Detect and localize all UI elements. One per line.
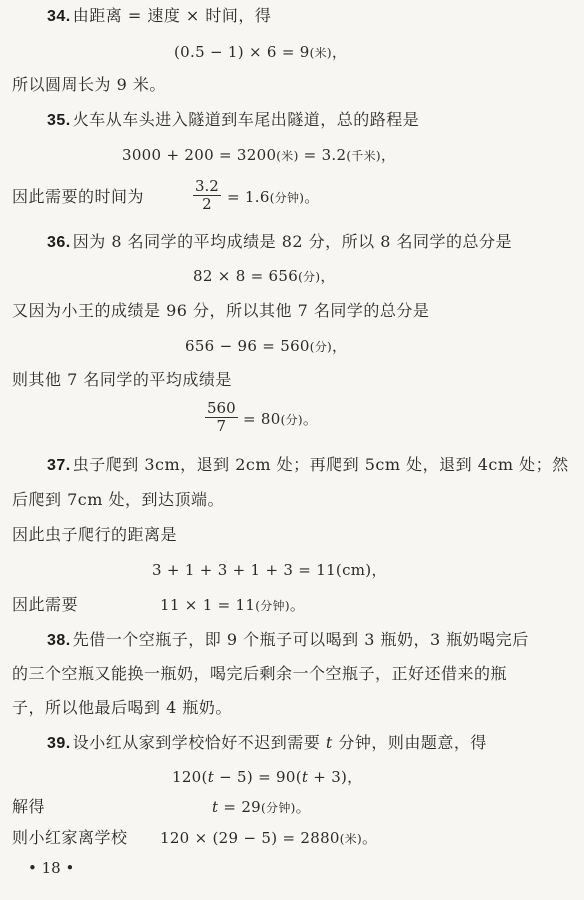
- page-number-value: 18: [42, 859, 61, 877]
- problem-35-time-label: 因此需要的时间为: [12, 187, 144, 207]
- denominator: 7: [215, 418, 229, 435]
- problem-37-line-2: 因此虫子爬行的距离是: [12, 525, 177, 545]
- equation: = 3.2: [299, 146, 347, 164]
- problem-text: 先借一个空瓶子，即 9 个瓶子可以喝到 3 瓶奶，3 瓶奶喝完后: [73, 630, 529, 649]
- problem-39-equation-3: 120 × (29 − 5) = 2880(米)。: [160, 828, 377, 849]
- problem-36-result: = 80(分)。: [243, 409, 318, 430]
- equation: + 3)，: [308, 768, 362, 786]
- page-number: • 18 •: [28, 859, 74, 877]
- problem-35-equation: 3000 + 200 = 3200(米) = 3.2(千米)，: [122, 145, 396, 166]
- problem-36-equation-1: 82 × 8 = 656(分)，: [193, 266, 336, 287]
- equation: = 80: [243, 410, 281, 428]
- fraction: 3.2 2: [193, 178, 221, 213]
- equation: 120(: [172, 768, 208, 786]
- equation: 11 × 1 = 11: [160, 596, 255, 614]
- problem-37-equation-2: 11 × 1 = 11(分钟)。: [160, 595, 305, 616]
- problem-34-equation: (0.5 − 1) × 6 = 9(米)，: [174, 42, 347, 63]
- equation: = 1.6: [227, 188, 270, 206]
- problem-35-result: = 1.6(分钟)。: [227, 187, 320, 208]
- problem-37-need-label: 因此需要: [12, 595, 78, 615]
- problem-34-conclusion: 所以圆周长为 9 米。: [12, 75, 166, 95]
- unit: (分钟): [270, 191, 305, 205]
- equation: 120 × (29 − 5) = 2880: [160, 829, 340, 847]
- problem-number: 39.: [47, 735, 71, 752]
- denominator: 2: [200, 196, 214, 213]
- punct: ，: [381, 146, 396, 164]
- problem-39-dist-label: 则小红家离学校: [12, 828, 128, 848]
- unit: (分): [281, 413, 303, 427]
- variable: t: [326, 733, 333, 752]
- problem-text: 设小红从家到学校恰好不迟到需要: [73, 733, 326, 752]
- unit: (分): [298, 270, 320, 284]
- punct: 。: [362, 829, 377, 847]
- unit: (分钟): [261, 801, 296, 815]
- unit: (千米): [346, 149, 381, 163]
- problem-36-line-2: 又因为小王的成绩是 96 分，所以其他 7 名同学的总分是: [12, 301, 429, 321]
- problem-37-equation-1: 3 + 1 + 3 + 1 + 3 = 11(cm)，: [152, 560, 387, 580]
- unit: (分): [310, 340, 332, 354]
- problem-39-intro: 39.设小红从家到学校恰好不迟到需要 t 分钟，则由题意，得: [47, 733, 487, 754]
- problem-34-intro: 34.由距离 = 速度 × 时间，得: [47, 6, 271, 27]
- equation: 82 × 8 = 656: [193, 267, 298, 285]
- problem-number: 37.: [47, 457, 71, 474]
- problem-number: 34.: [47, 8, 71, 25]
- problem-number: 35.: [47, 112, 71, 129]
- problem-text: 由距离 = 速度 × 时间，得: [73, 6, 272, 25]
- problem-text: 火车从车头进入隧道到车尾出隧道，总的路程是: [73, 110, 420, 129]
- problem-37-intro: 37.虫子爬到 3cm，退到 2cm 处；再爬到 5cm 处，退到 4cm 处；…: [47, 455, 569, 476]
- numerator: 560: [205, 400, 238, 418]
- problem-36-intro: 36.因为 8 名同学的平均成绩是 82 分，所以 8 名同学的总分是: [47, 232, 512, 253]
- unit: (米): [276, 149, 298, 163]
- fraction: 560 7: [205, 400, 238, 435]
- equation: 3000 + 200 = 3200: [122, 146, 276, 164]
- punct: ，: [320, 267, 335, 285]
- equation: 656 − 96 = 560: [185, 337, 310, 355]
- punct: ，: [332, 43, 347, 61]
- problem-text: 因为 8 名同学的平均成绩是 82 分，所以 8 名同学的总分是: [73, 232, 512, 251]
- unit: (分钟): [255, 599, 290, 613]
- punct: 。: [296, 798, 311, 816]
- problem-35-intro: 35.火车从车头进入隧道到车尾出隧道，总的路程是: [47, 110, 419, 131]
- problem-37-intro-2: 后爬到 7cm 处，到达顶端。: [12, 490, 224, 510]
- problem-number: 36.: [47, 234, 71, 251]
- bullet-dot: •: [66, 859, 75, 877]
- problem-36-equation-2: 656 − 96 = 560(分)，: [185, 336, 347, 357]
- unit: (米): [310, 46, 332, 60]
- problem-38-intro-3: 子，所以他最后喝到 4 瓶奶。: [12, 698, 232, 718]
- problem-38-intro: 38.先借一个空瓶子，即 9 个瓶子可以喝到 3 瓶奶，3 瓶奶喝完后: [47, 630, 529, 651]
- numerator: 3.2: [193, 178, 221, 196]
- problem-39-solve-label: 解得: [12, 797, 45, 817]
- equation: − 5) = 90(: [214, 768, 302, 786]
- punct: 。: [304, 188, 319, 206]
- problem-39-equation-2: t = 29(分钟)。: [212, 797, 311, 818]
- equation: = 29: [218, 798, 261, 816]
- equation: (0.5 − 1) × 6 = 9: [174, 43, 310, 61]
- problem-39-equation-1: 120(t − 5) = 90(t + 3)，: [172, 767, 363, 787]
- punct: 。: [303, 410, 318, 428]
- problem-number: 38.: [47, 632, 71, 649]
- punct: ，: [332, 337, 347, 355]
- unit: (米): [340, 832, 362, 846]
- problem-text: 分钟，则由题意，得: [333, 733, 487, 752]
- problem-text: 虫子爬到 3cm，退到 2cm 处；再爬到 5cm 处，退到 4cm 处；然: [73, 455, 569, 474]
- problem-36-line-3: 则其他 7 名同学的平均成绩是: [12, 370, 232, 390]
- bullet-dot: •: [28, 859, 37, 877]
- problem-38-intro-2: 的三个空瓶又能换一瓶奶，喝完后剩余一个空瓶子，正好还借来的瓶: [12, 664, 507, 684]
- punct: 。: [290, 596, 305, 614]
